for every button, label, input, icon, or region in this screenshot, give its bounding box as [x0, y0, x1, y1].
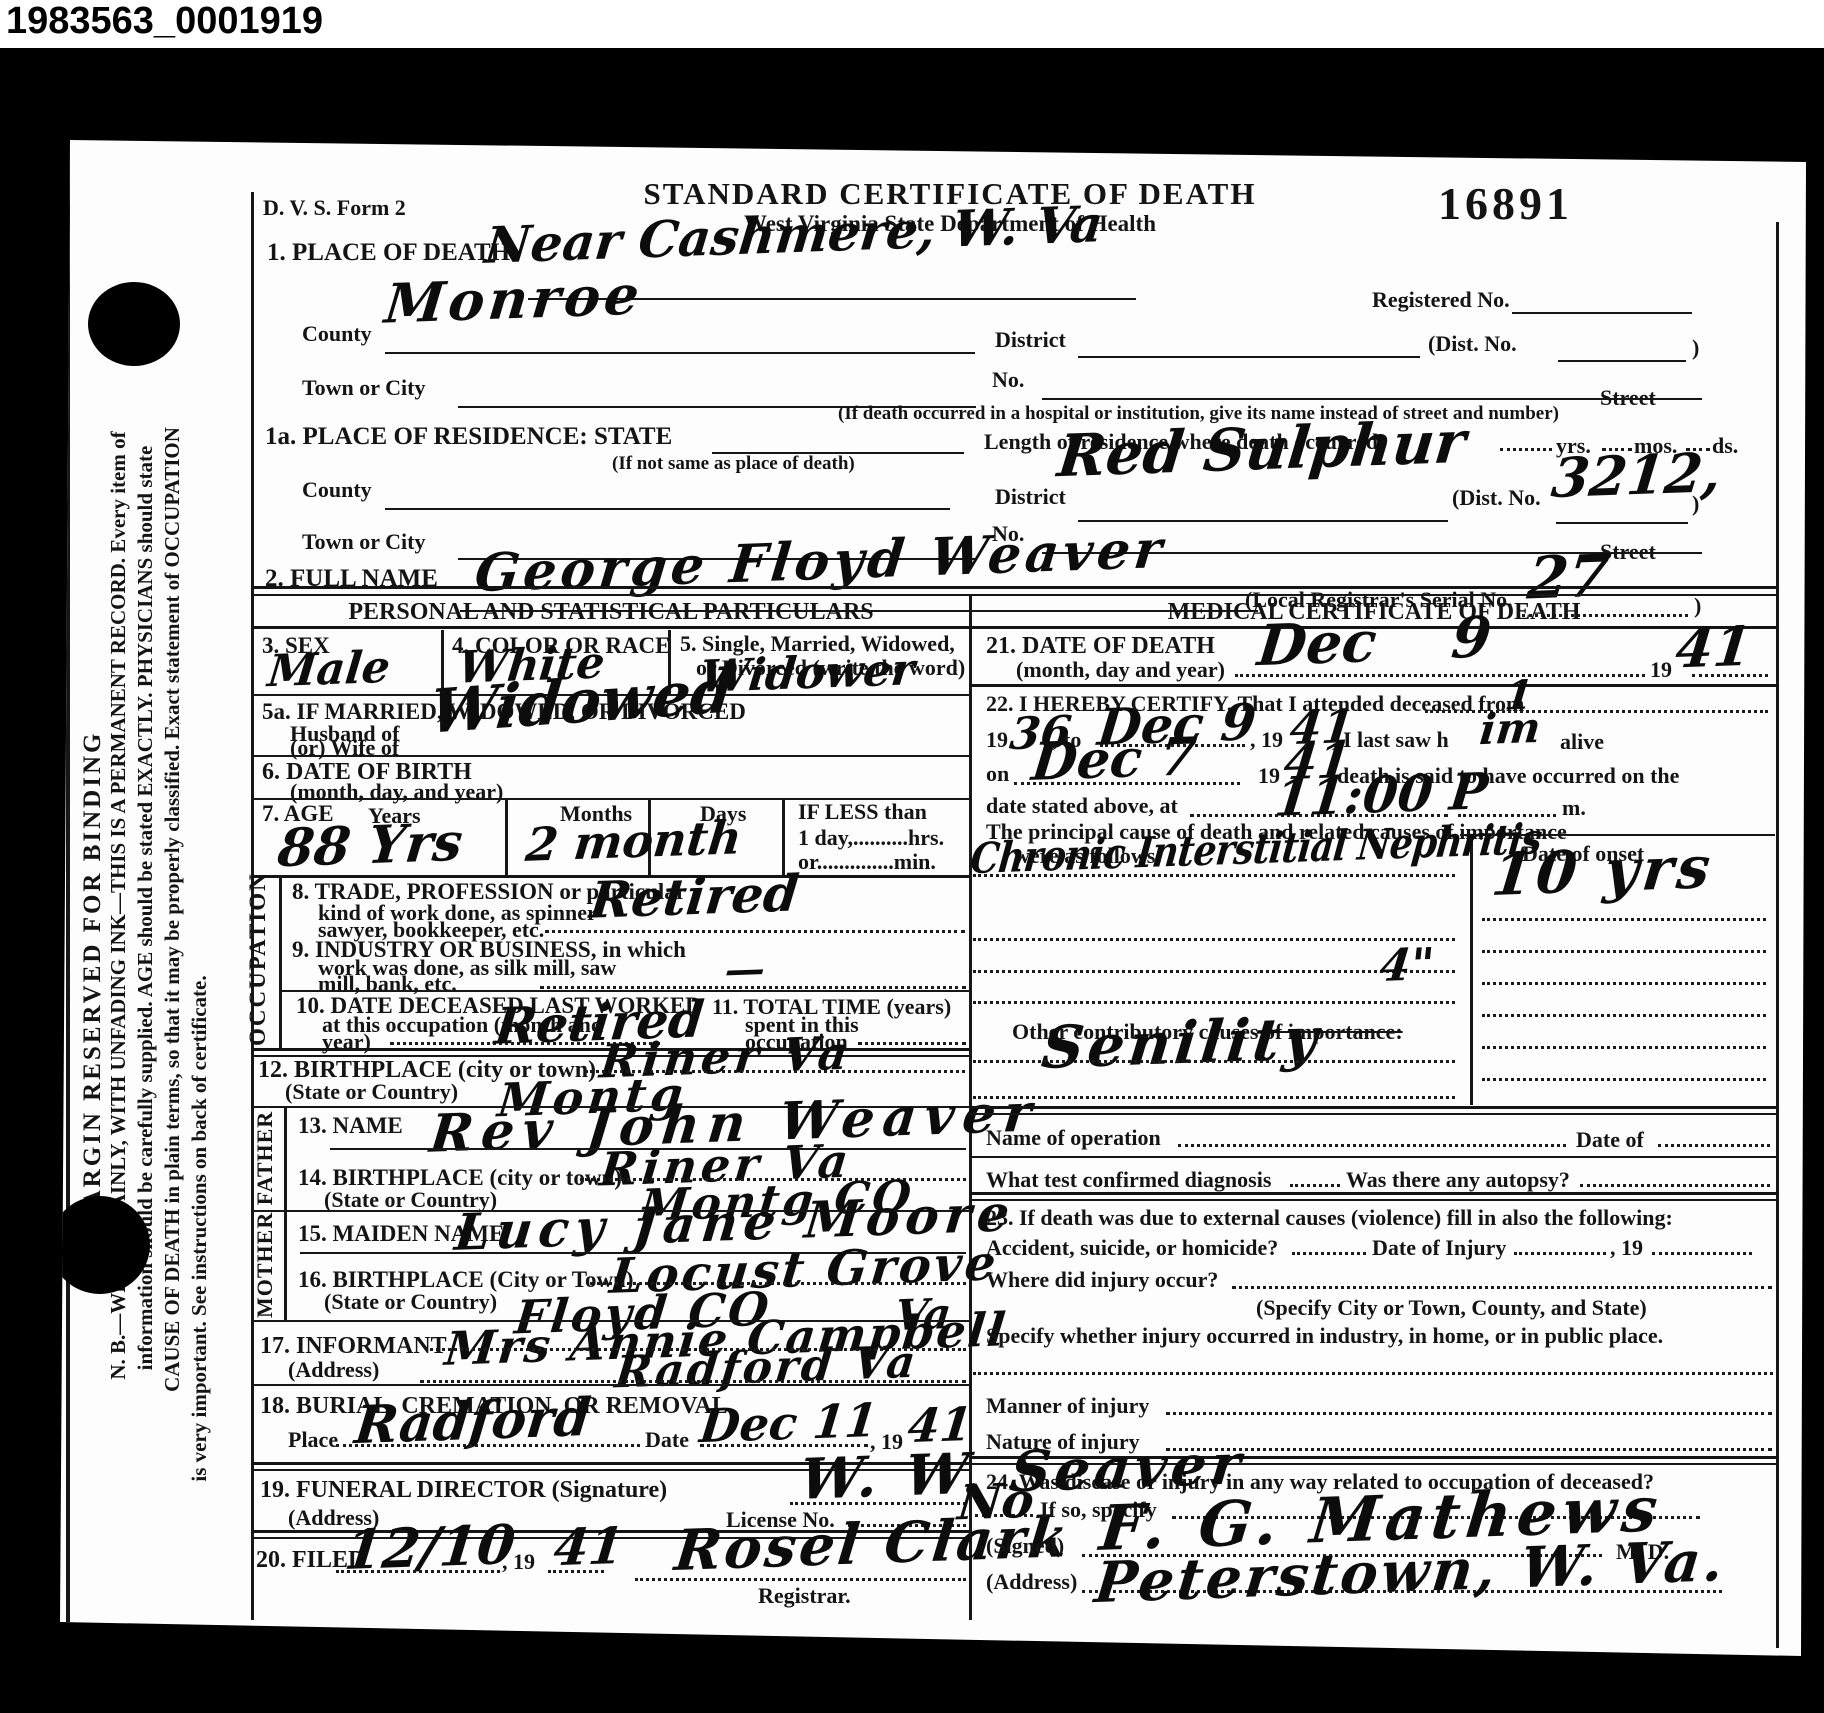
autopsy-label: Was there any autopsy?: [1346, 1168, 1570, 1191]
divider: [505, 798, 508, 875]
pod-district-label: District: [995, 328, 1066, 351]
divider: [284, 1210, 287, 1320]
date-stated-label: date stated above, at: [986, 794, 1178, 817]
form-border-right: [1776, 222, 1779, 1648]
dots: [590, 1282, 966, 1285]
dots: [1482, 1014, 1766, 1017]
burial-place-label: Place: [288, 1428, 338, 1451]
dots: [1425, 710, 1768, 713]
occupation-vertical-label: OCCUPATION: [246, 878, 269, 1046]
rule: [251, 594, 1779, 596]
dod-month-value: Dec: [1255, 614, 1379, 674]
date-of-death-label: 21. DATE OF DEATH: [986, 634, 1215, 659]
dots: [1166, 1448, 1772, 1451]
trade-value: Retired: [587, 868, 801, 925]
ink-blot: [88, 282, 180, 366]
dots: [973, 874, 1455, 877]
date-injury-label: Date of Injury: [1372, 1236, 1506, 1259]
dots: [540, 986, 966, 989]
dots: [973, 1096, 1455, 1099]
external-causes-label: 23. If death was due to external causes …: [986, 1206, 1673, 1229]
where-injury-label: Where did injury occur?: [986, 1268, 1218, 1291]
dod-day-value: 9: [1449, 609, 1494, 667]
manner-injury-label: Manner of injury: [986, 1394, 1149, 1417]
divider: [1470, 834, 1473, 1105]
certificate-page: MARGIN RESERVED FOR BINDING N. B.—WRITE …: [60, 115, 1808, 1713]
dod-19-label: 19: [1650, 658, 1672, 681]
father-name-label: 13. NAME: [298, 1114, 403, 1138]
res-county-label: County: [302, 478, 372, 501]
filed-date-value: 12/10: [342, 1517, 518, 1577]
not-same-note: (If not same as place of death): [612, 454, 855, 474]
rule: [969, 684, 1779, 687]
dots: [548, 1570, 604, 1573]
dots: [1482, 950, 1766, 953]
dots: [336, 1444, 640, 1447]
scanned-death-certificate: 1983563_0001919 MARGIN RESERVED FOR BIND…: [0, 0, 1824, 1713]
to-19-label: , 19: [1250, 728, 1283, 751]
registered-no-label: Registered No.: [1372, 288, 1510, 311]
dots: [1014, 782, 1240, 785]
dots: [1658, 1144, 1770, 1147]
dots: [1482, 1046, 1766, 1049]
mother-vertical-label: MOTHER: [254, 1214, 276, 1318]
residence-label: 1a. PLACE OF RESIDENCE: STATE: [265, 424, 672, 450]
registrar-label: Registrar.: [758, 1584, 851, 1607]
certificate-number: 16891: [1438, 180, 1573, 228]
age-years-value: 88 Yrs: [275, 817, 465, 876]
accident-label: Accident, suicide, or homicide?: [986, 1236, 1278, 1259]
divider: [279, 875, 282, 1048]
margin-note-line4: is very important. See instructions on b…: [189, 861, 210, 1596]
specify-city-label: (Specify City or Town, County, and State…: [1256, 1296, 1647, 1319]
margin-note-line1: N. B.—WRITE PLAINLY, WITH UNFADING INK—T…: [108, 263, 129, 1548]
line: [1556, 522, 1688, 524]
date-of-label: Date of: [1576, 1128, 1644, 1151]
one-day-label: 1 day,..........hrs.: [798, 826, 944, 849]
paren: ): [1692, 336, 1699, 359]
form-number: D. V. S. Form 2: [263, 196, 406, 219]
res-town-label: Town or City: [302, 530, 425, 553]
line: [1078, 356, 1420, 358]
margin-note-line3: CAUSE OF DEATH in plain terms, so that i…: [162, 247, 183, 1572]
date-of-death-sub: (month, day and year): [1016, 658, 1225, 681]
state-country-label: (State or Country): [285, 1080, 458, 1103]
dots: [1178, 1144, 1566, 1147]
dots: [1500, 448, 1552, 451]
pod-distno-label: (Dist. No.: [1428, 332, 1517, 355]
dots: [1482, 982, 1766, 985]
alive-label: alive: [1560, 730, 1604, 753]
rule: [969, 1156, 1779, 1158]
specify-whether-label: Specify whether injury occurred in indus…: [986, 1324, 1663, 1347]
pod-no-label: No.: [992, 368, 1024, 391]
place-of-death-label: 1. PLACE OF DEATH: [267, 240, 510, 266]
industry-value: —: [723, 949, 767, 991]
res-distno-label: (Dist. No.: [1452, 486, 1541, 509]
dots: [973, 1060, 1455, 1063]
scan-header-strip: 1983563_0001919: [0, 0, 1824, 48]
contributory-value: Senility: [1039, 1009, 1325, 1077]
filed-year-value: 41: [551, 1521, 626, 1574]
rule: [969, 1192, 1779, 1195]
paren: ): [1692, 492, 1699, 515]
from-19-label: 19: [986, 728, 1008, 751]
burial-date-label: Date: [645, 1428, 689, 1451]
sex-value: Male: [266, 646, 393, 694]
dots: [1652, 1252, 1752, 1255]
or-min-label: or..............min.: [798, 850, 936, 873]
dod-year-value: 41: [1673, 619, 1754, 676]
scan-id: 1983563_0001919: [6, 0, 323, 43]
dots: [1482, 1078, 1766, 1081]
signed-label: (Signed): [986, 1534, 1064, 1557]
on-label: on: [986, 762, 1009, 785]
divider: [284, 1106, 287, 1214]
related-answer-value: No: [955, 1477, 1036, 1528]
pod-town-label: Town or City: [302, 376, 425, 399]
rule: [251, 755, 969, 757]
informant-address-value: Radford Va: [613, 1341, 920, 1396]
dots: [1580, 1184, 1770, 1187]
physician-address-label: (Address): [986, 1570, 1077, 1593]
rule: [969, 1106, 1779, 1109]
burial-date-value: Dec 11: [698, 1397, 880, 1449]
dots: [635, 1578, 966, 1581]
rule: [969, 1113, 1779, 1115]
line: [385, 352, 975, 354]
if-less-label: IF LESS than: [798, 800, 927, 823]
margin-binding-note: MARGIN RESERVED FOR BINDING: [80, 840, 105, 1235]
line: [385, 508, 950, 510]
dots: [1292, 1252, 1366, 1255]
rule: [969, 1199, 1779, 1201]
dots: [1232, 1286, 1772, 1289]
dots: [1482, 918, 1766, 921]
personal-header: PERSONAL AND STATISTICAL PARTICULARS: [253, 600, 969, 625]
mother-state-label: (State or Country): [324, 1290, 497, 1313]
res-district-value: Red Sulphur: [1055, 413, 1468, 485]
test-label: What test confirmed diagnosis: [986, 1168, 1271, 1191]
pod-county-label: County: [302, 322, 372, 345]
operation-label: Name of operation: [986, 1126, 1161, 1149]
dots: [1692, 674, 1768, 677]
margin-note-line2: information should be carefully supplied…: [135, 258, 156, 1558]
m-label: m.: [1562, 796, 1586, 819]
line: [1512, 312, 1692, 314]
hole-punch: [50, 1196, 150, 1294]
rule: [251, 1384, 969, 1386]
dots: [973, 1372, 1773, 1375]
age-months-value: 2 month: [524, 814, 744, 868]
binding-crease: [66, 132, 70, 1622]
ditto-mark: 4": [1378, 943, 1436, 989]
rule: [251, 586, 1779, 589]
dots: [858, 1042, 966, 1045]
dots: [1235, 674, 1645, 677]
on-date-value: Dec 7: [1029, 731, 1199, 789]
dots: [545, 930, 965, 933]
dots: [336, 1570, 500, 1573]
pod-street-label: Street: [1600, 386, 1656, 409]
onset-value: 10 yrs: [1489, 838, 1717, 904]
funeral-director-label: 19. FUNERAL DIRECTOR (Signature): [260, 1478, 667, 1503]
dots: [973, 1001, 1455, 1004]
dots: [1514, 1252, 1606, 1255]
father-vertical-label: FATHER: [254, 1108, 276, 1208]
injury-19-label: , 19: [1610, 1236, 1643, 1259]
dots: [1290, 1184, 1340, 1187]
dots: [1166, 1412, 1772, 1415]
pod-county-value: Monroe: [382, 267, 645, 330]
dots: [420, 1380, 966, 1383]
rule: [251, 626, 1779, 629]
informant-label: 17. INFORMANT: [260, 1334, 447, 1359]
filed-19-label: , 19: [502, 1550, 535, 1573]
him-value: im: [1478, 707, 1543, 751]
line: [1558, 360, 1686, 362]
informant-address-label: (Address): [288, 1358, 379, 1381]
